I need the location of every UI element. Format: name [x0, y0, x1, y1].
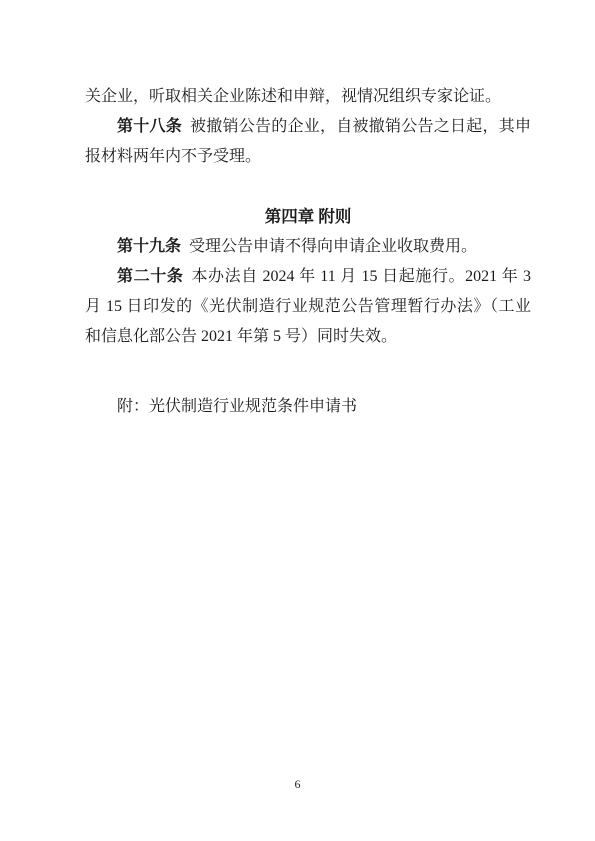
document-body: 关企业，听取相关企业陈述和申辩，视情况组织专家论证。 第十八条被撤销公告的企业，…	[85, 82, 531, 422]
paragraph-continuation: 关企业，听取相关企业陈述和申辩，视情况组织专家论证。	[85, 82, 531, 112]
document-page: 关企业，听取相关企业陈述和申辩，视情况组织专家论证。 第十八条被撤销公告的企业，…	[0, 0, 595, 841]
attachment-note: 附：光伏制造行业规范条件申请书	[85, 392, 531, 422]
article-18: 第十八条被撤销公告的企业，自被撤销公告之日起，其申报材料两年内不予受理。	[85, 112, 531, 172]
article-19: 第十九条受理公告申请不得向申请企业收取费用。	[85, 232, 531, 262]
page-number: 6	[0, 775, 595, 793]
article-18-number: 第十八条	[117, 118, 182, 135]
article-20-number: 第二十条	[117, 268, 183, 285]
article-19-number: 第十九条	[117, 238, 181, 255]
article-19-text: 受理公告申请不得向申请企业收取费用。	[189, 238, 477, 255]
article-20: 第二十条本办法自 2024 年 11 月 15 日起施行。2021 年 3 月 …	[85, 262, 531, 352]
chapter-heading: 第四章 附则	[85, 202, 531, 232]
